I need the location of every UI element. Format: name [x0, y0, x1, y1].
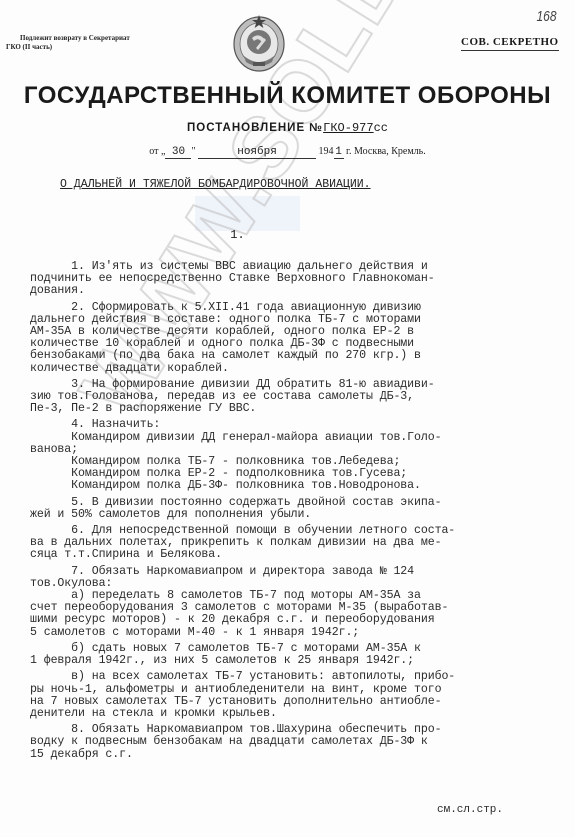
- return-note-line-1: Подлежит возврату в Секретариат: [6, 34, 130, 43]
- paragraph-line: денители на стекла и кромки крыльев.: [30, 708, 530, 720]
- paragraph-line: шими ресурс моторов) - к 20 декабря с.г.…: [30, 614, 530, 626]
- paragraph-line: Пе-3, Пе-2 в распоряжение ГУ ВВС.: [30, 403, 530, 415]
- document-page: WWW.SOLDAT.RU Подлежит возврату в Секрет…: [0, 0, 575, 837]
- paragraph-line: количестве двадцати кораблей.: [30, 363, 530, 375]
- paragraph-line: 1 февраля 1942г., из них 5 самолетов к 2…: [30, 655, 530, 667]
- decree-paragraph: 5. В дивизии постоянно содержать двойной…: [30, 497, 530, 521]
- paragraph-line: сяца т.т.Спирина и Белякова.: [30, 549, 530, 561]
- paragraph-line: Командиром дивизии ДД генерал-майора ави…: [30, 432, 530, 444]
- paragraph-line: дования.: [30, 285, 530, 297]
- date-place: г. Москва, Кремль.: [346, 146, 426, 157]
- decree-paragraph: 4. Назначить: Командиром дивизии ДД гене…: [30, 419, 530, 492]
- date-day: 30: [165, 146, 191, 159]
- paragraph-line: 5 самолетов с моторами М-40 - к 1 января…: [30, 627, 530, 639]
- paragraph-line: ры ночь-1, альфометры и антиобледенители…: [30, 684, 530, 696]
- decree-paragraph: 1. Из'ять из системы ВВС авиацию дальнег…: [30, 261, 530, 298]
- decree-suffix: сс: [374, 121, 388, 135]
- return-note: Подлежит возврату в Секретариат ГКО (II …: [6, 34, 130, 52]
- date-year-suffix: 1: [334, 146, 344, 159]
- paragraph-line: подчинить ее непосредственно Ставке Верх…: [30, 273, 530, 285]
- decree-paragraph: 7. Обязать Наркомавиапром и директора за…: [30, 566, 530, 639]
- ussr-coat-of-arms-icon: [230, 12, 288, 74]
- return-note-line-2: ГКО (II часть): [6, 43, 130, 52]
- decree-subject: О ДАЛЬНЕЙ И ТЯЖЕЛОЙ БОМБАРДИРОВОЧНОЙ АВИ…: [60, 178, 371, 191]
- date-month: ноября: [198, 146, 316, 159]
- section-number: 1.: [0, 228, 475, 242]
- paragraph-line: водку к подвесным бензобакам на двадцати…: [30, 736, 530, 748]
- decree-paragraph: 3. На формирование дивизии ДД обратить 8…: [30, 379, 530, 416]
- continued-note: см.сл.стр.: [437, 804, 503, 816]
- paragraph-line: 4. Назначить:: [30, 419, 530, 431]
- page-number: 168: [537, 8, 557, 25]
- decree-body: 1. Из'ять из системы ВВС авиацию дальнег…: [30, 261, 530, 765]
- paragraph-line: 15 декабря с.г.: [30, 749, 530, 761]
- decree-paragraph: 8. Обязать Наркомавиапром тов.Шахурина о…: [30, 724, 530, 761]
- decree-paragraph: 6. Для непосредственной помощи в обучени…: [30, 525, 530, 562]
- decree-heading: ПОСТАНОВЛЕНИЕ №ГКО-977сс: [0, 121, 575, 135]
- date-prefix: от: [149, 146, 158, 157]
- decree-paragraph: в) на всех самолетах ТБ-7 установить: ав…: [30, 671, 530, 720]
- scan-shade: [195, 196, 300, 231]
- paragraph-line: Командиром полка ДБ-3Ф- полковника тов.Н…: [30, 480, 530, 492]
- paragraph-line: 2. Сформировать к 5.XII.41 года авиацион…: [30, 302, 530, 314]
- paragraph-line: в) на всех самолетах ТБ-7 установить: ав…: [30, 671, 530, 683]
- date-line: от „30" ноября 1941 г. Москва, Кремль.: [0, 146, 575, 159]
- paragraph-line: жей и 50% самолетов для пополнения убыли…: [30, 509, 530, 521]
- decree-paragraph: 2. Сформировать к 5.XII.41 года авиацион…: [30, 302, 530, 375]
- paragraph-line: бензобаками (по два бака на самолет кажд…: [30, 350, 530, 362]
- classification-label: СОВ. СЕКРЕТНО: [461, 36, 559, 51]
- date-year-prefix: 194: [319, 146, 334, 157]
- decree-paragraph: б) сдать новых 7 самолетов ТБ-7 с мотора…: [30, 643, 530, 667]
- decree-label: ПОСТАНОВЛЕНИЕ №: [187, 122, 323, 134]
- organization-title: ГОСУДАРСТВЕННЫЙ КОМИТЕТ ОБОРОНЫ: [0, 82, 575, 110]
- decree-number: ГКО-977: [323, 121, 373, 135]
